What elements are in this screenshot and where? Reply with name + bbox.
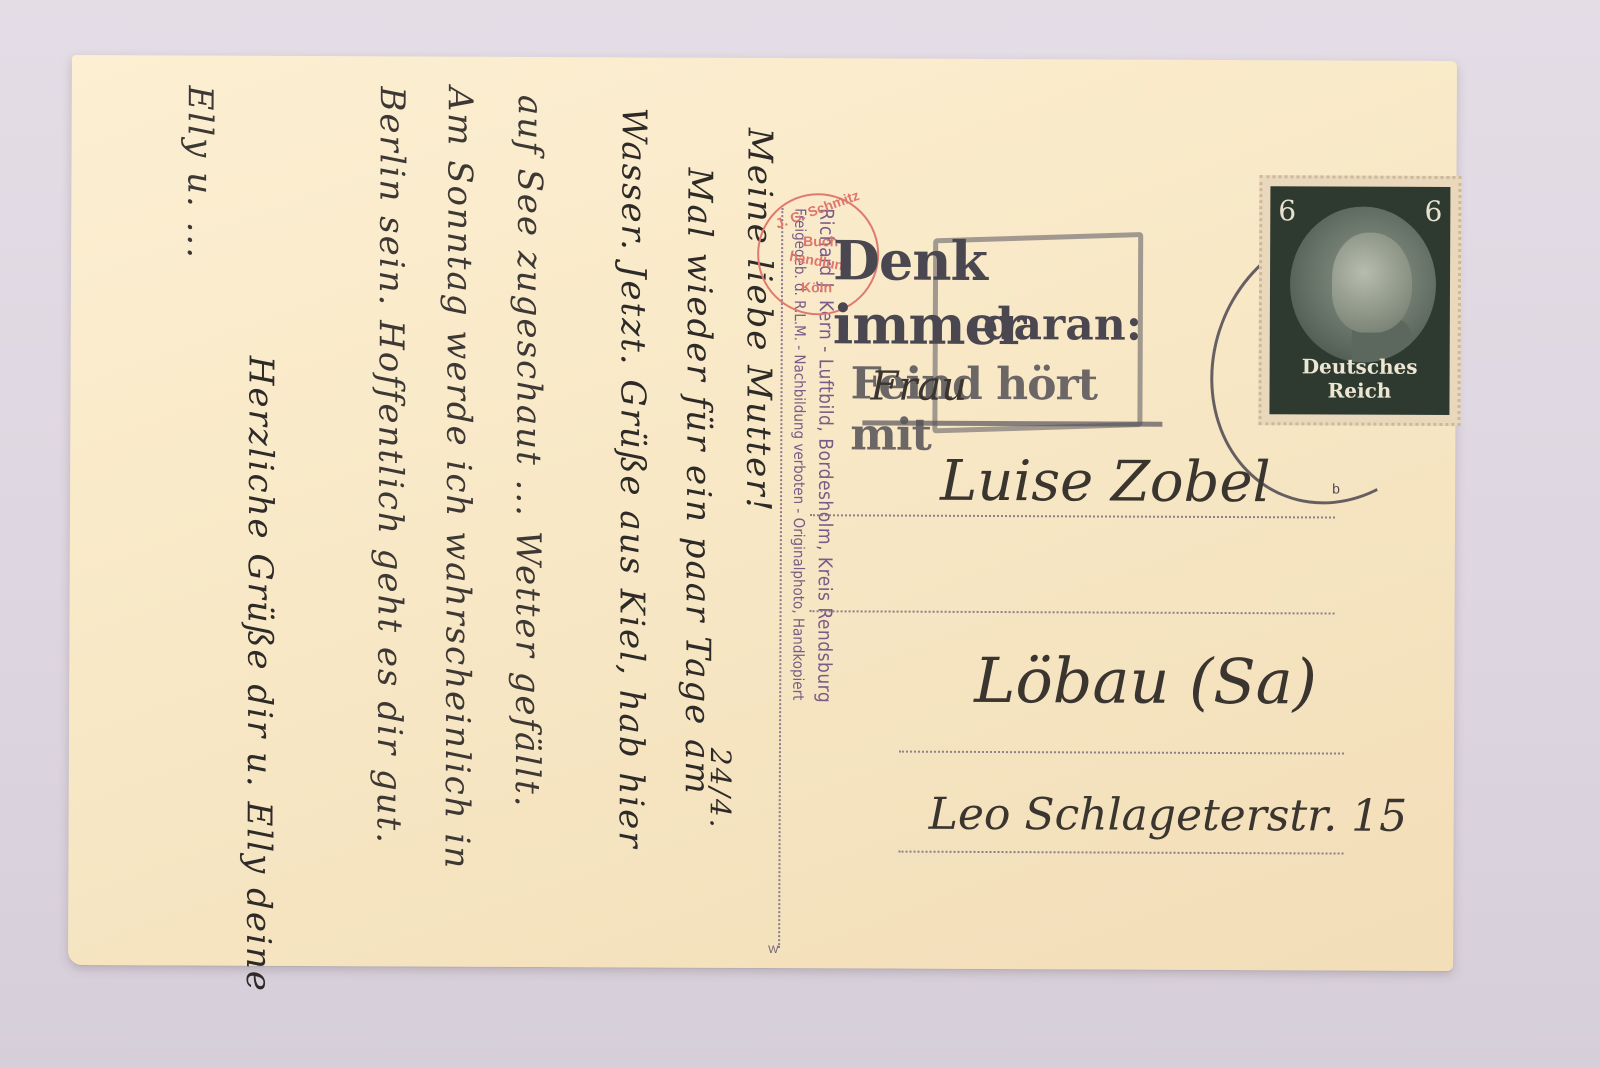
address-name: Luise Zobel	[940, 449, 1271, 515]
address-line-3	[899, 751, 1344, 755]
address-street: Leo Schlageterstr. 15	[929, 789, 1408, 842]
postmark-letter: b	[1332, 480, 1340, 496]
printer-mark: W	[768, 944, 778, 956]
message-greeting: Meine liebe Mutter!	[738, 128, 780, 513]
stamp-denomination-left: 6	[1278, 194, 1296, 227]
message-line: Wasser. Jetzt. Grüße aus Kiel, hab hier	[611, 107, 654, 849]
message-closing: Herzliche Grüße dir u. Elly deine	[238, 356, 281, 993]
message-line: Mal wieder für ein paar Tage am	[677, 168, 720, 796]
address-salutation: Frau	[870, 363, 967, 409]
bookshop-stamp-city: Köln	[801, 279, 832, 295]
postage-stamp: 6 6 Deutsches Reich	[1258, 175, 1461, 426]
bookshop-stamp-name: J. G. Schmitz	[773, 187, 861, 232]
stamp-caption: Deutsches Reich	[1269, 354, 1449, 403]
slogan-line-2: daran:	[983, 299, 1142, 351]
message-date: 24/4.	[704, 748, 737, 830]
publisher-divider	[778, 208, 783, 948]
address-city: Löbau (Sa)	[974, 644, 1317, 718]
address-line-2	[810, 610, 1335, 614]
message-line: auf See zugeschaut ... Wetter gefällt.	[507, 95, 550, 809]
stamp-denomination-right: 6	[1424, 195, 1442, 228]
portrait-icon	[1290, 206, 1437, 363]
address-line-4	[899, 851, 1344, 855]
slogan-cancel: Denk immer daran: Feind hört mit	[832, 228, 1185, 445]
postcard: Meine liebe Mutter! Mal wieder für ein p…	[68, 55, 1457, 971]
message-signature: Elly u. ...	[179, 85, 220, 260]
message-line: Berlin sein. Hoffentlich geht es dir gut…	[369, 86, 412, 845]
message-line: Am Sonntag werde ich wahrscheinlich in	[436, 87, 479, 871]
